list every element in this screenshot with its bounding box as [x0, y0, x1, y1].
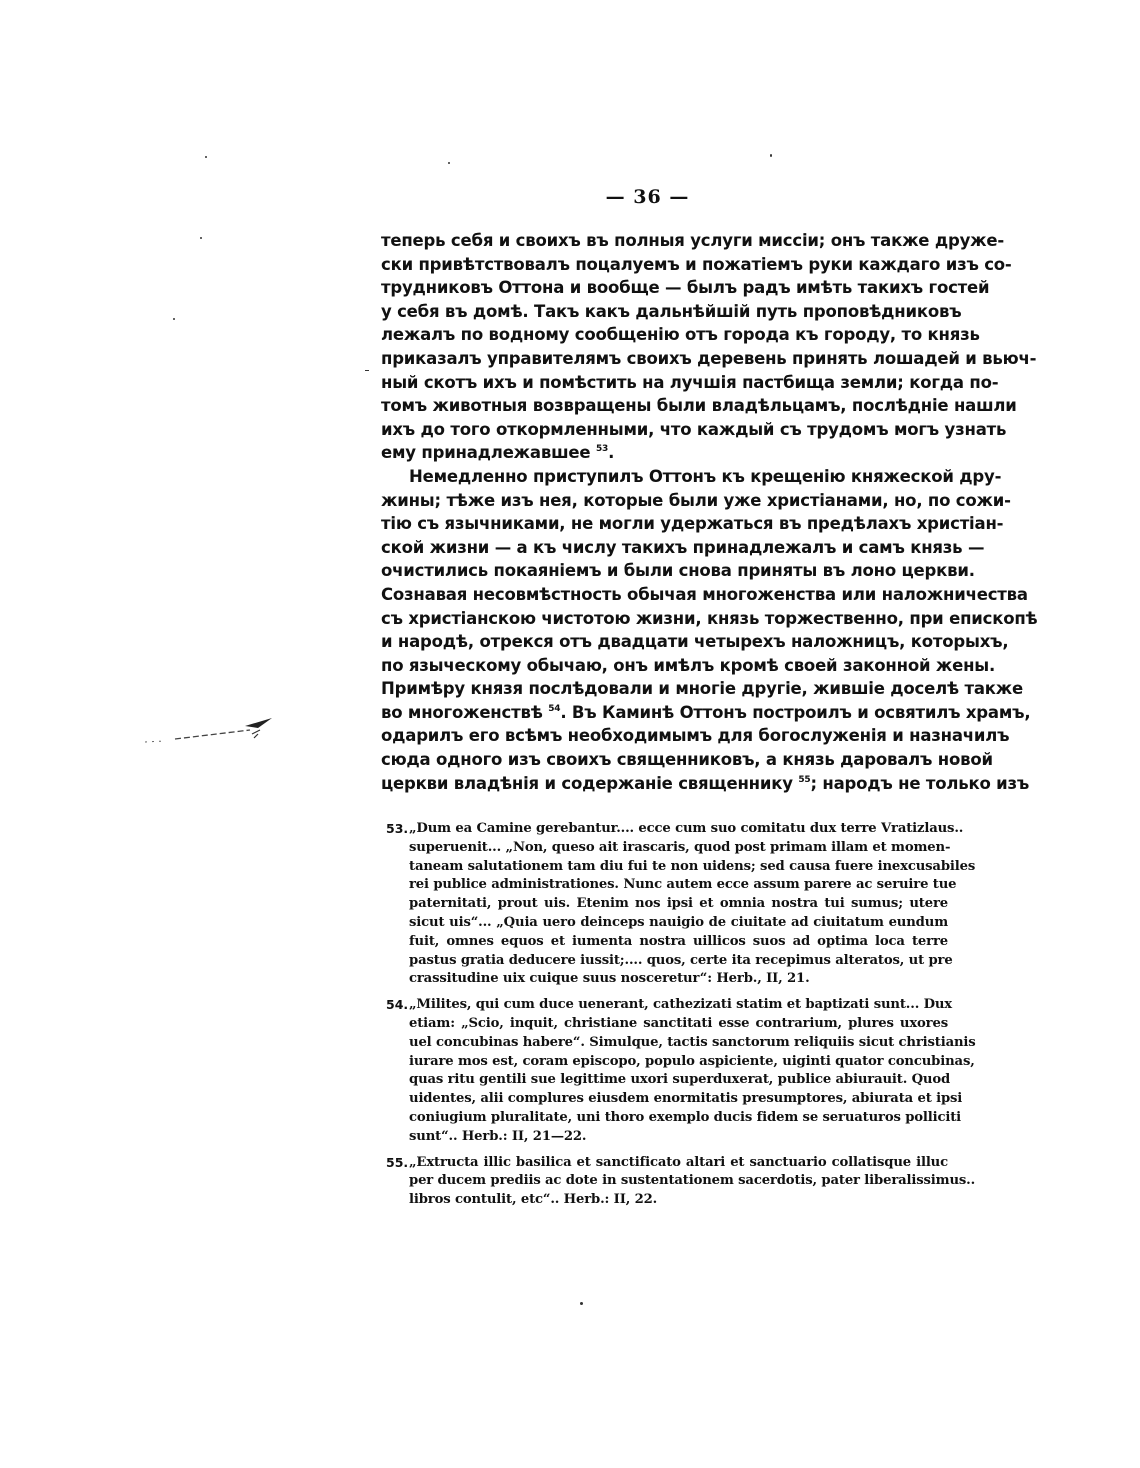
- footnote-ref-55[interactable]: 55: [798, 775, 810, 785]
- text-line: тію съ язычниками, не могли удержаться в…: [381, 512, 946, 536]
- scan-speck: [173, 318, 175, 320]
- footnote-53: 53. „Dum ea Camine gerebantur.... ecce c…: [386, 820, 948, 989]
- text-line: томъ животныя возвращены были владѣльцам…: [381, 394, 946, 418]
- footnote-line: sunt“.. Herb.: II, 21—22.: [409, 1128, 948, 1147]
- text-segment: церкви владѣнія и содержаніе священнику: [381, 774, 793, 793]
- scan-speck: [953, 762, 957, 764]
- footnote-line: „Extructa illic basilica et sanctificato…: [409, 1154, 948, 1173]
- footnote-line: coniugium pluralitate, uni thoro exemplo…: [409, 1109, 948, 1128]
- text-line: и народѣ, отрекся отъ двадцати четырехъ …: [381, 630, 946, 654]
- footnote-line: iurare mos est, coram episcopo, populo a…: [409, 1053, 948, 1072]
- footnote-54: 54. „Milites, qui cum duce uenerant, cat…: [386, 996, 948, 1146]
- footnote-line: rei publice administrationes. Nunc autem…: [409, 876, 948, 895]
- paragraph-2-cont: жины; тѣже изъ нея, которые были уже хри…: [381, 489, 946, 796]
- footnote-line: uel concubinas habere“. Simulque, tactis…: [409, 1034, 948, 1053]
- scan-speck: [448, 162, 450, 164]
- text-line: жины; тѣже изъ нея, которые были уже хри…: [381, 489, 946, 513]
- text-line: трудниковъ Оттона и вообще — былъ радъ и…: [381, 276, 946, 300]
- text-line: церкви владѣнія и содержаніе священнику …: [381, 772, 946, 796]
- text-segment: ему принадлежавшее: [381, 443, 590, 462]
- text-line: ской жизни — а къ числу такихъ принадлеж…: [381, 536, 946, 560]
- text-line: ему принадлежавшее 53.: [381, 441, 946, 465]
- pencil-mark-icon: [140, 712, 275, 752]
- scan-speck: [580, 1302, 583, 1305]
- text-line: лежалъ по водному сообщенію отъ города к…: [381, 323, 946, 347]
- text-line: очистились покаяніемъ и были снова приня…: [381, 559, 946, 583]
- text-segment: . Въ Каминѣ Оттонъ построилъ и освятилъ …: [560, 703, 1030, 722]
- text-line: Немедленно приступилъ Оттонъ къ крещенію…: [409, 465, 946, 489]
- footnote-line: pastus gratia deducere iussit;.... quos,…: [409, 952, 948, 971]
- text-line: ный скотъ ихъ и помѣстить на лучшія паст…: [381, 371, 946, 395]
- footnote-line: libros contulit, etc“.. Herb.: II, 22.: [409, 1191, 948, 1210]
- text-segment: .: [608, 443, 614, 462]
- text-line: сюда одного изъ своихъ священниковъ, а к…: [381, 748, 946, 772]
- footnote-line: „Milites, qui cum duce uenerant, cathezi…: [409, 996, 948, 1015]
- text-line: приказалъ управителямъ своихъ деревень п…: [381, 347, 946, 371]
- scan-speck: [770, 154, 772, 157]
- text-line: Сознавая несовмѣстность обычая многоженс…: [381, 583, 946, 607]
- text-line: съ христіанскою чистотою жизни, князь то…: [381, 607, 946, 631]
- footnote-line: taneam salutationem tam diu fui te non u…: [409, 858, 948, 877]
- footnote-line: „Dum ea Camine gerebantur.... ecce cum s…: [409, 820, 948, 839]
- footnote-number: 53.: [386, 820, 408, 839]
- text-line: Примѣру князя послѣдовали и многіе другі…: [381, 677, 946, 701]
- footnote-ref-53[interactable]: 53: [596, 444, 608, 454]
- text-segment: во многоженствѣ: [381, 703, 543, 722]
- body-text: теперь себя и своихъ въ полныя услуги ми…: [381, 229, 946, 795]
- footnote-line: sicut uis“... „Quia uero deinceps nauigi…: [409, 914, 948, 933]
- paragraph-2: Немедленно приступилъ Оттонъ къ крещенію…: [381, 465, 946, 489]
- text-line: ихъ до того откормленными, что каждый съ…: [381, 418, 946, 442]
- scan-speck: [365, 370, 369, 371]
- footnote-line: crassitudine uix cuique suus nosceretur“…: [409, 970, 948, 989]
- text-segment: ; народъ не только изъ: [810, 774, 1029, 793]
- footnote-line: fuit, omnes equos et iumenta nostra uill…: [409, 933, 948, 952]
- page-number: — 36 —: [0, 186, 1140, 208]
- footnote-line: quas ritu gentili sue legittime uxori su…: [409, 1071, 948, 1090]
- text-line: во многоженствѣ 54. Въ Каминѣ Оттонъ пос…: [381, 701, 946, 725]
- footnote-line: superuenit... „Non, queso ait irascaris,…: [409, 839, 948, 858]
- scan-speck: [200, 237, 202, 239]
- footnotes: 53. „Dum ea Camine gerebantur.... ecce c…: [386, 820, 948, 1217]
- footnote-line: etiam: „Scio, inquit, christiane sanctit…: [409, 1015, 948, 1034]
- footnote-line: per ducem prediis ac dote in sustentatio…: [409, 1172, 948, 1191]
- text-line: по языческому обычаю, онъ имѣлъ кромѣ св…: [381, 654, 946, 678]
- scan-speck: [205, 156, 207, 158]
- footnote-line: paternitati, prout uis. Etenim nos ipsi …: [409, 895, 948, 914]
- footnote-number: 55.: [386, 1154, 408, 1173]
- text-line: теперь себя и своихъ въ полныя услуги ми…: [381, 229, 946, 253]
- footnote-ref-54[interactable]: 54: [548, 704, 560, 714]
- text-line: ски привѣтствовалъ поцалуемъ и пожатіемъ…: [381, 253, 946, 277]
- text-line: у себя въ домѣ. Такъ какъ дальнѣйшій пут…: [381, 300, 946, 324]
- footnote-line: uidentes, alii complures eiusdem enormit…: [409, 1090, 948, 1109]
- paragraph-1: теперь себя и своихъ въ полныя услуги ми…: [381, 229, 946, 465]
- footnote-number: 54.: [386, 996, 408, 1015]
- footnote-55: 55. „Extructa illic basilica et sanctifi…: [386, 1154, 948, 1210]
- text-line: одарилъ его всѣмъ необходимымъ для богос…: [381, 724, 946, 748]
